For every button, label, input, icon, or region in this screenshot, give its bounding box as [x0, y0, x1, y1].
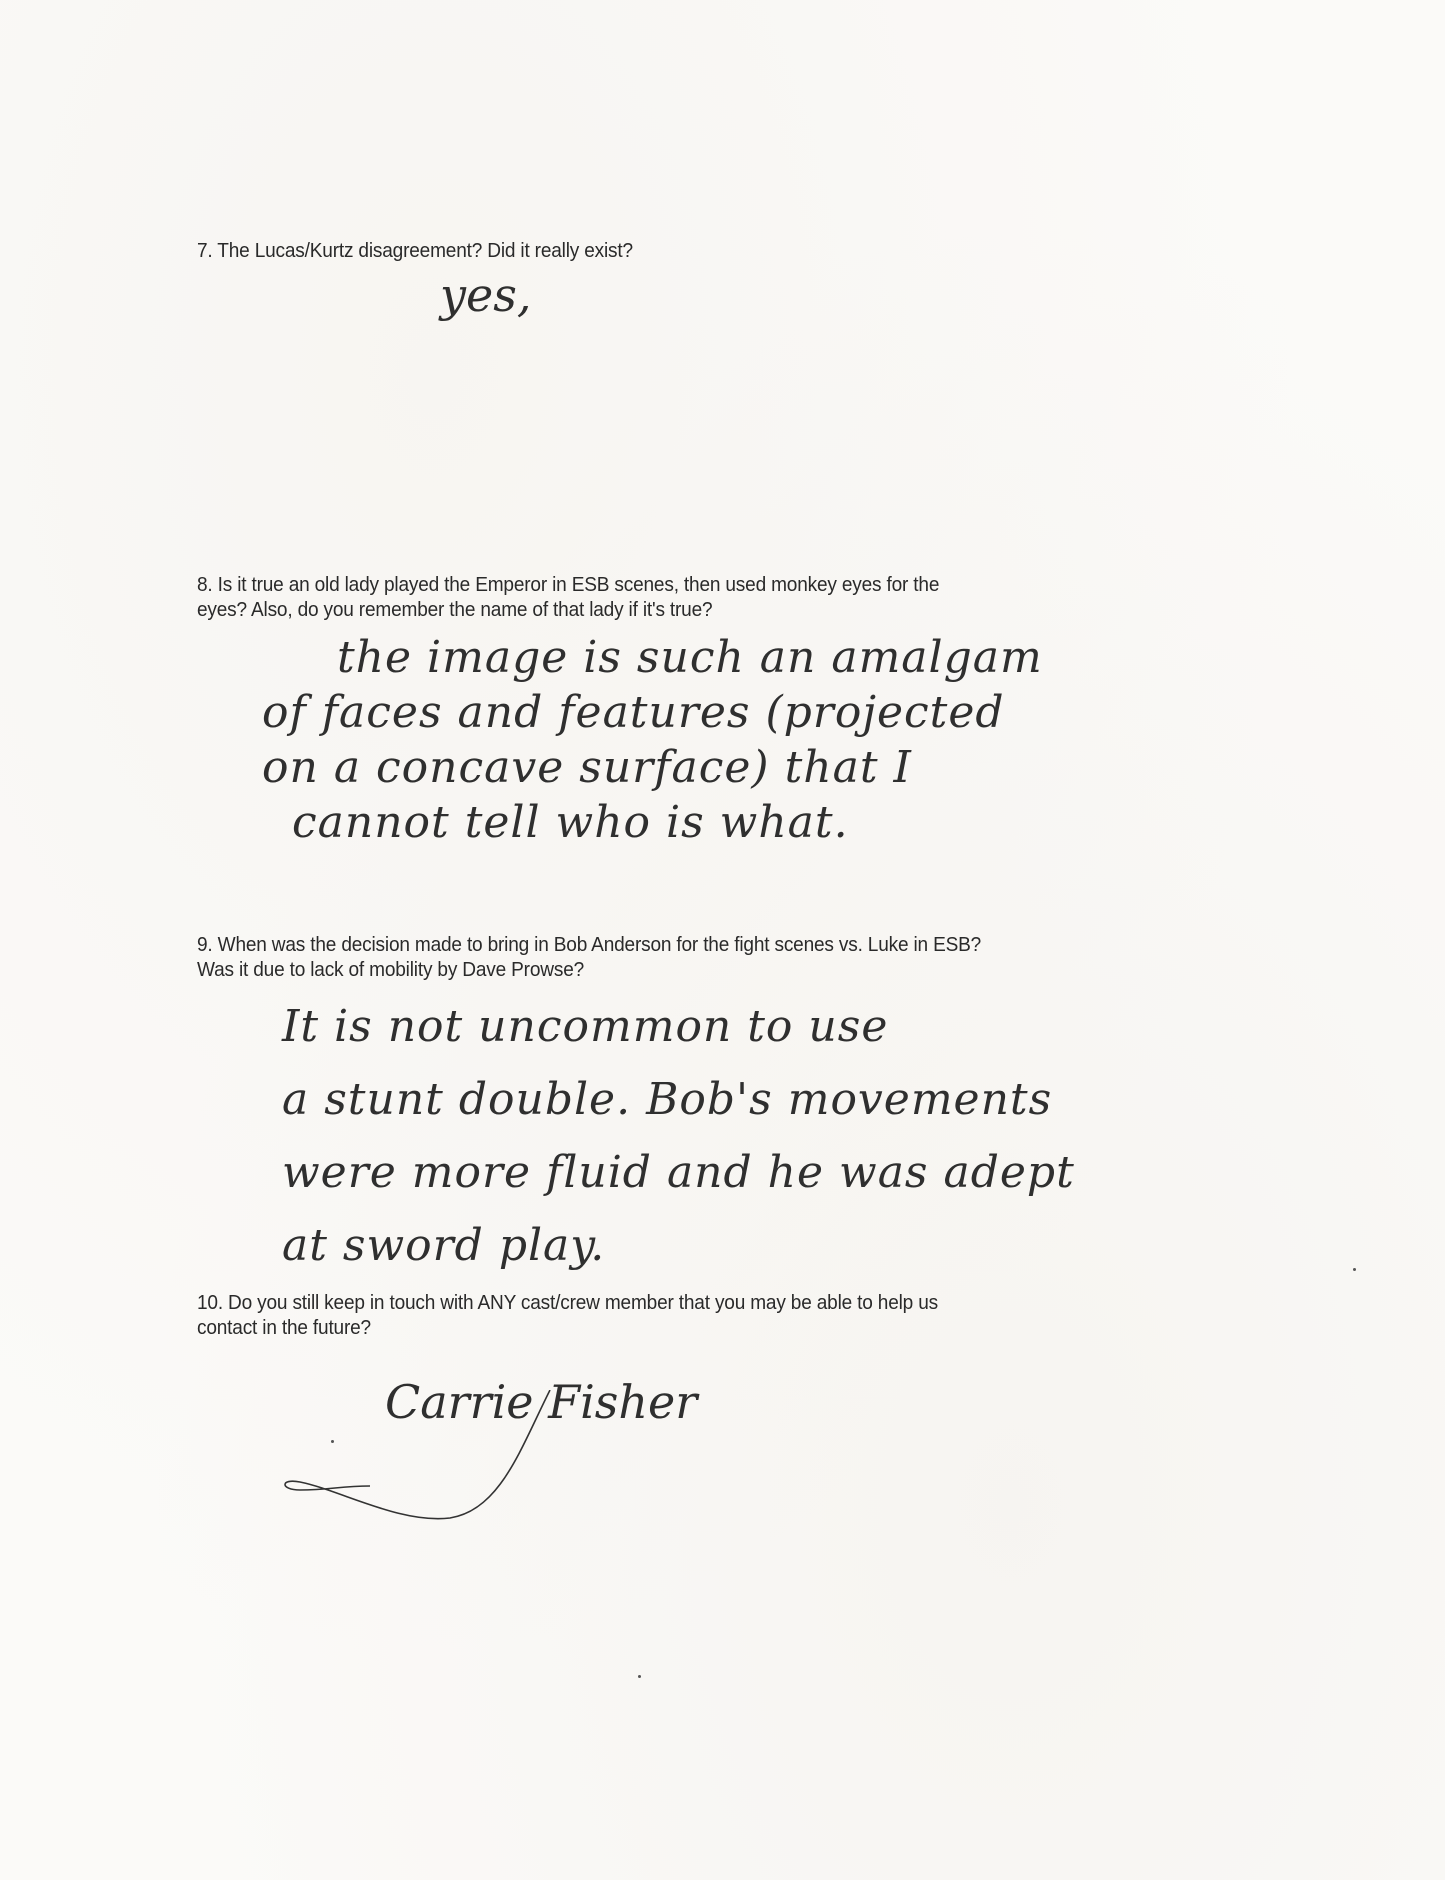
question-7-line-1: 7. The Lucas/Kurtz disagreement? Did it …: [197, 238, 633, 263]
document-page: 7. The Lucas/Kurtz disagreement? Did it …: [0, 0, 1445, 1880]
answer-9-line-2: a stunt double. Bob's movements: [282, 1063, 1075, 1136]
answer-7-line-1: yes,: [440, 268, 531, 322]
question-8-line-1: 8. Is it true an old lady played the Emp…: [197, 572, 939, 597]
question-9: 9. When was the decision made to bring i…: [197, 932, 981, 982]
question-8-line-2: eyes? Also, do you remember the name of …: [197, 597, 939, 622]
paper-speck: [638, 1675, 641, 1678]
question-9-line-2: Was it due to lack of mobility by Dave P…: [197, 957, 981, 982]
answer-8-handwritten: the image is such an amalgam of faces an…: [262, 630, 1043, 850]
question-10: 10. Do you still keep in touch with ANY …: [197, 1290, 938, 1340]
answer-9-line-4: at sword play.: [282, 1209, 1075, 1282]
paper-speck: [331, 1440, 334, 1443]
question-8: 8. Is it true an old lady played the Emp…: [197, 572, 939, 622]
answer-9-handwritten: It is not uncommon to use a stunt double…: [282, 990, 1075, 1282]
question-10-line-1: 10. Do you still keep in touch with ANY …: [197, 1290, 938, 1315]
question-10-line-2: contact in the future?: [197, 1315, 938, 1340]
answer-8-line-3: on a concave surface) that I: [262, 740, 1043, 795]
question-7: 7. The Lucas/Kurtz disagreement? Did it …: [197, 238, 633, 263]
answer-8-line-2: of faces and features (projected: [262, 685, 1043, 740]
signature-flourish: [280, 1390, 740, 1530]
paper-speck: [1353, 1268, 1356, 1271]
question-9-line-1: 9. When was the decision made to bring i…: [197, 932, 981, 957]
answer-9-line-3: were more fluid and he was adept: [282, 1136, 1075, 1209]
answer-9-line-1: It is not uncommon to use: [282, 990, 1075, 1063]
answer-7-handwritten: yes,: [440, 268, 531, 322]
answer-8-line-1: the image is such an amalgam: [262, 630, 1043, 685]
answer-8-line-4: cannot tell who is what.: [262, 795, 1043, 850]
